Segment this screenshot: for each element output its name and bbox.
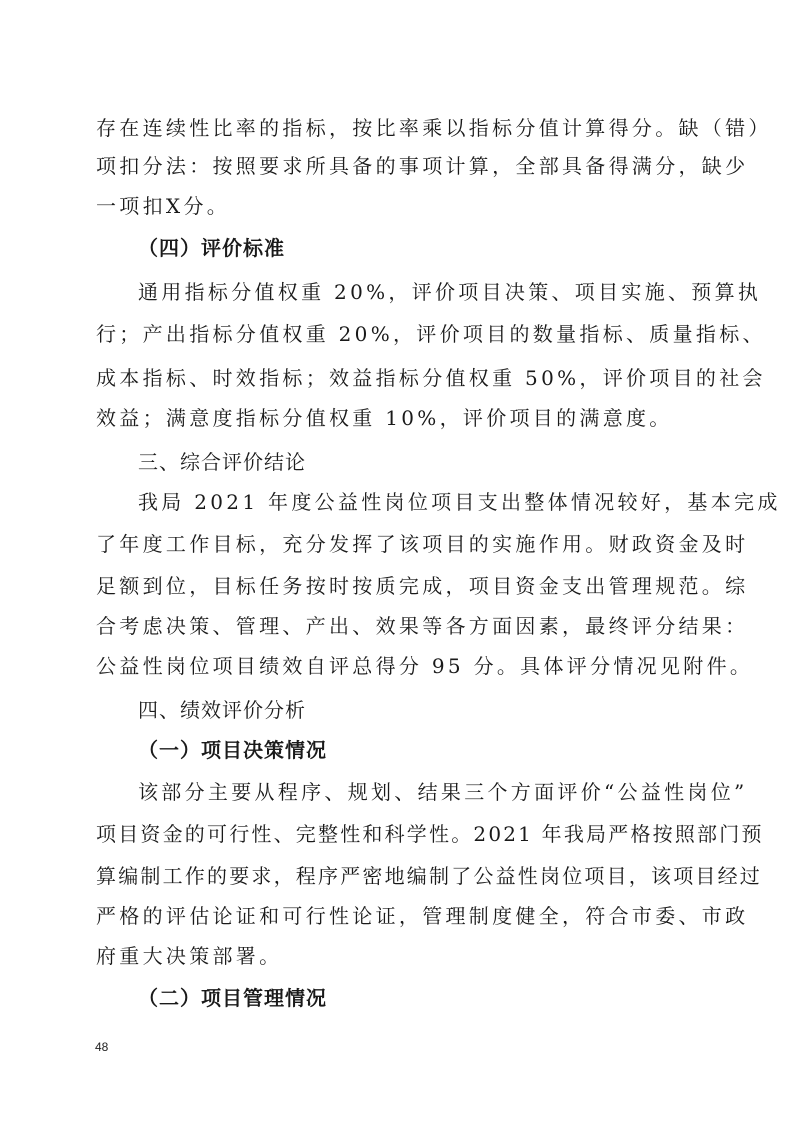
paragraph-line: 严格的评估论证和可行性论证，管理制度健全，符合市委、市政 — [96, 901, 700, 931]
chapter-heading-conclusion: 三、综合评价结论 — [138, 447, 700, 477]
page-number: 48 — [95, 1040, 108, 1054]
paragraph-line: 公益性岗位项目绩效自评总得分 95 分。具体评分情况见附件。 — [96, 651, 700, 681]
paragraph-line: 了年度工作目标，充分发挥了该项目的实施作用。财政资金及时 — [96, 529, 700, 559]
paragraph-line: 足额到位，目标任务按时按质完成，项目资金支出管理规范。综 — [96, 571, 700, 601]
paragraph-line: 效益；满意度指标分值权重 10%，评价项目的满意度。 — [96, 403, 700, 433]
paragraph-line: 行；产出指标分值权重 20%，评价项目的数量指标、质量指标、 — [96, 319, 700, 349]
paragraph-line: 府重大决策部署。 — [96, 941, 700, 971]
paragraph-line: 成本指标、时效指标；效益指标分值权重 50%，评价项目的社会 — [96, 363, 700, 393]
section-heading-management: （二）项目管理情况 — [138, 983, 700, 1013]
section-heading-evaluation-standard: （四）评价标准 — [138, 233, 700, 263]
paragraph-line: 通用指标分值权重 20%，评价项目决策、项目实施、预算执 — [138, 277, 700, 307]
paragraph-line: 一项扣X分。 — [96, 191, 700, 221]
paragraph-line: 算编制工作的要求，程序严密地编制了公益性岗位项目，该项目经过 — [96, 861, 700, 891]
section-heading-decision: （一）项目决策情况 — [138, 735, 700, 765]
paragraph-line: 项扣分法：按照要求所具备的事项计算，全部具备得满分，缺少 — [96, 151, 700, 181]
paragraph-line: 合考虑决策、管理、产出、效果等各方面因素，最终评分结果： — [96, 611, 700, 641]
paragraph-line: 该部分主要从程序、规划、结果三个方面评价“公益性岗位” — [138, 777, 700, 807]
chapter-heading-analysis: 四、绩效评价分析 — [138, 695, 700, 725]
document-page: 存在连续性比率的指标，按比率乘以指标分值计算得分。缺（错） 项扣分法：按照要求所… — [0, 0, 794, 1122]
paragraph-line: 项目资金的可行性、完整性和科学性。2021 年我局严格按照部门预 — [96, 819, 700, 849]
paragraph-line: 我局 2021 年度公益性岗位项目支出整体情况较好，基本完成 — [138, 487, 700, 517]
paragraph-line: 存在连续性比率的指标，按比率乘以指标分值计算得分。缺（错） — [96, 113, 700, 143]
